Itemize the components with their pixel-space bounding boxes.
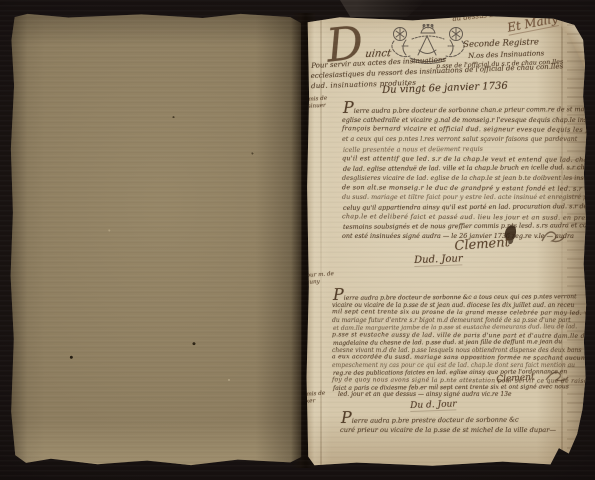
section-heading: Du d. Jour (410, 399, 457, 412)
entry-block: Pierre audra p.bre docteur de sorbonne c… (342, 102, 586, 242)
right-manuscript-page: au dessus Decempt Et Mally D uinct Secon… (306, 15, 587, 468)
entry-block: Pierre audra p.bre prestre docteur de so… (340, 412, 582, 435)
scanned-register-photo: au dessus Decempt Et Mally D uinct Secon… (0, 0, 595, 480)
paraph-flourish-icon (544, 367, 570, 385)
closing-line: led. jour et an que dessus — ainsy signé… (338, 391, 512, 398)
section-heading: Dud. Jour (414, 253, 463, 267)
signature: Clement (454, 235, 510, 254)
background-shadow (340, 0, 426, 17)
left-blank-page (10, 13, 302, 466)
torn-bottom-edge (16, 459, 220, 466)
registre-line: Seconde Registre (463, 37, 539, 50)
paraph-flourish-icon (540, 227, 566, 245)
corner-annotation: Et Mally (506, 11, 559, 36)
